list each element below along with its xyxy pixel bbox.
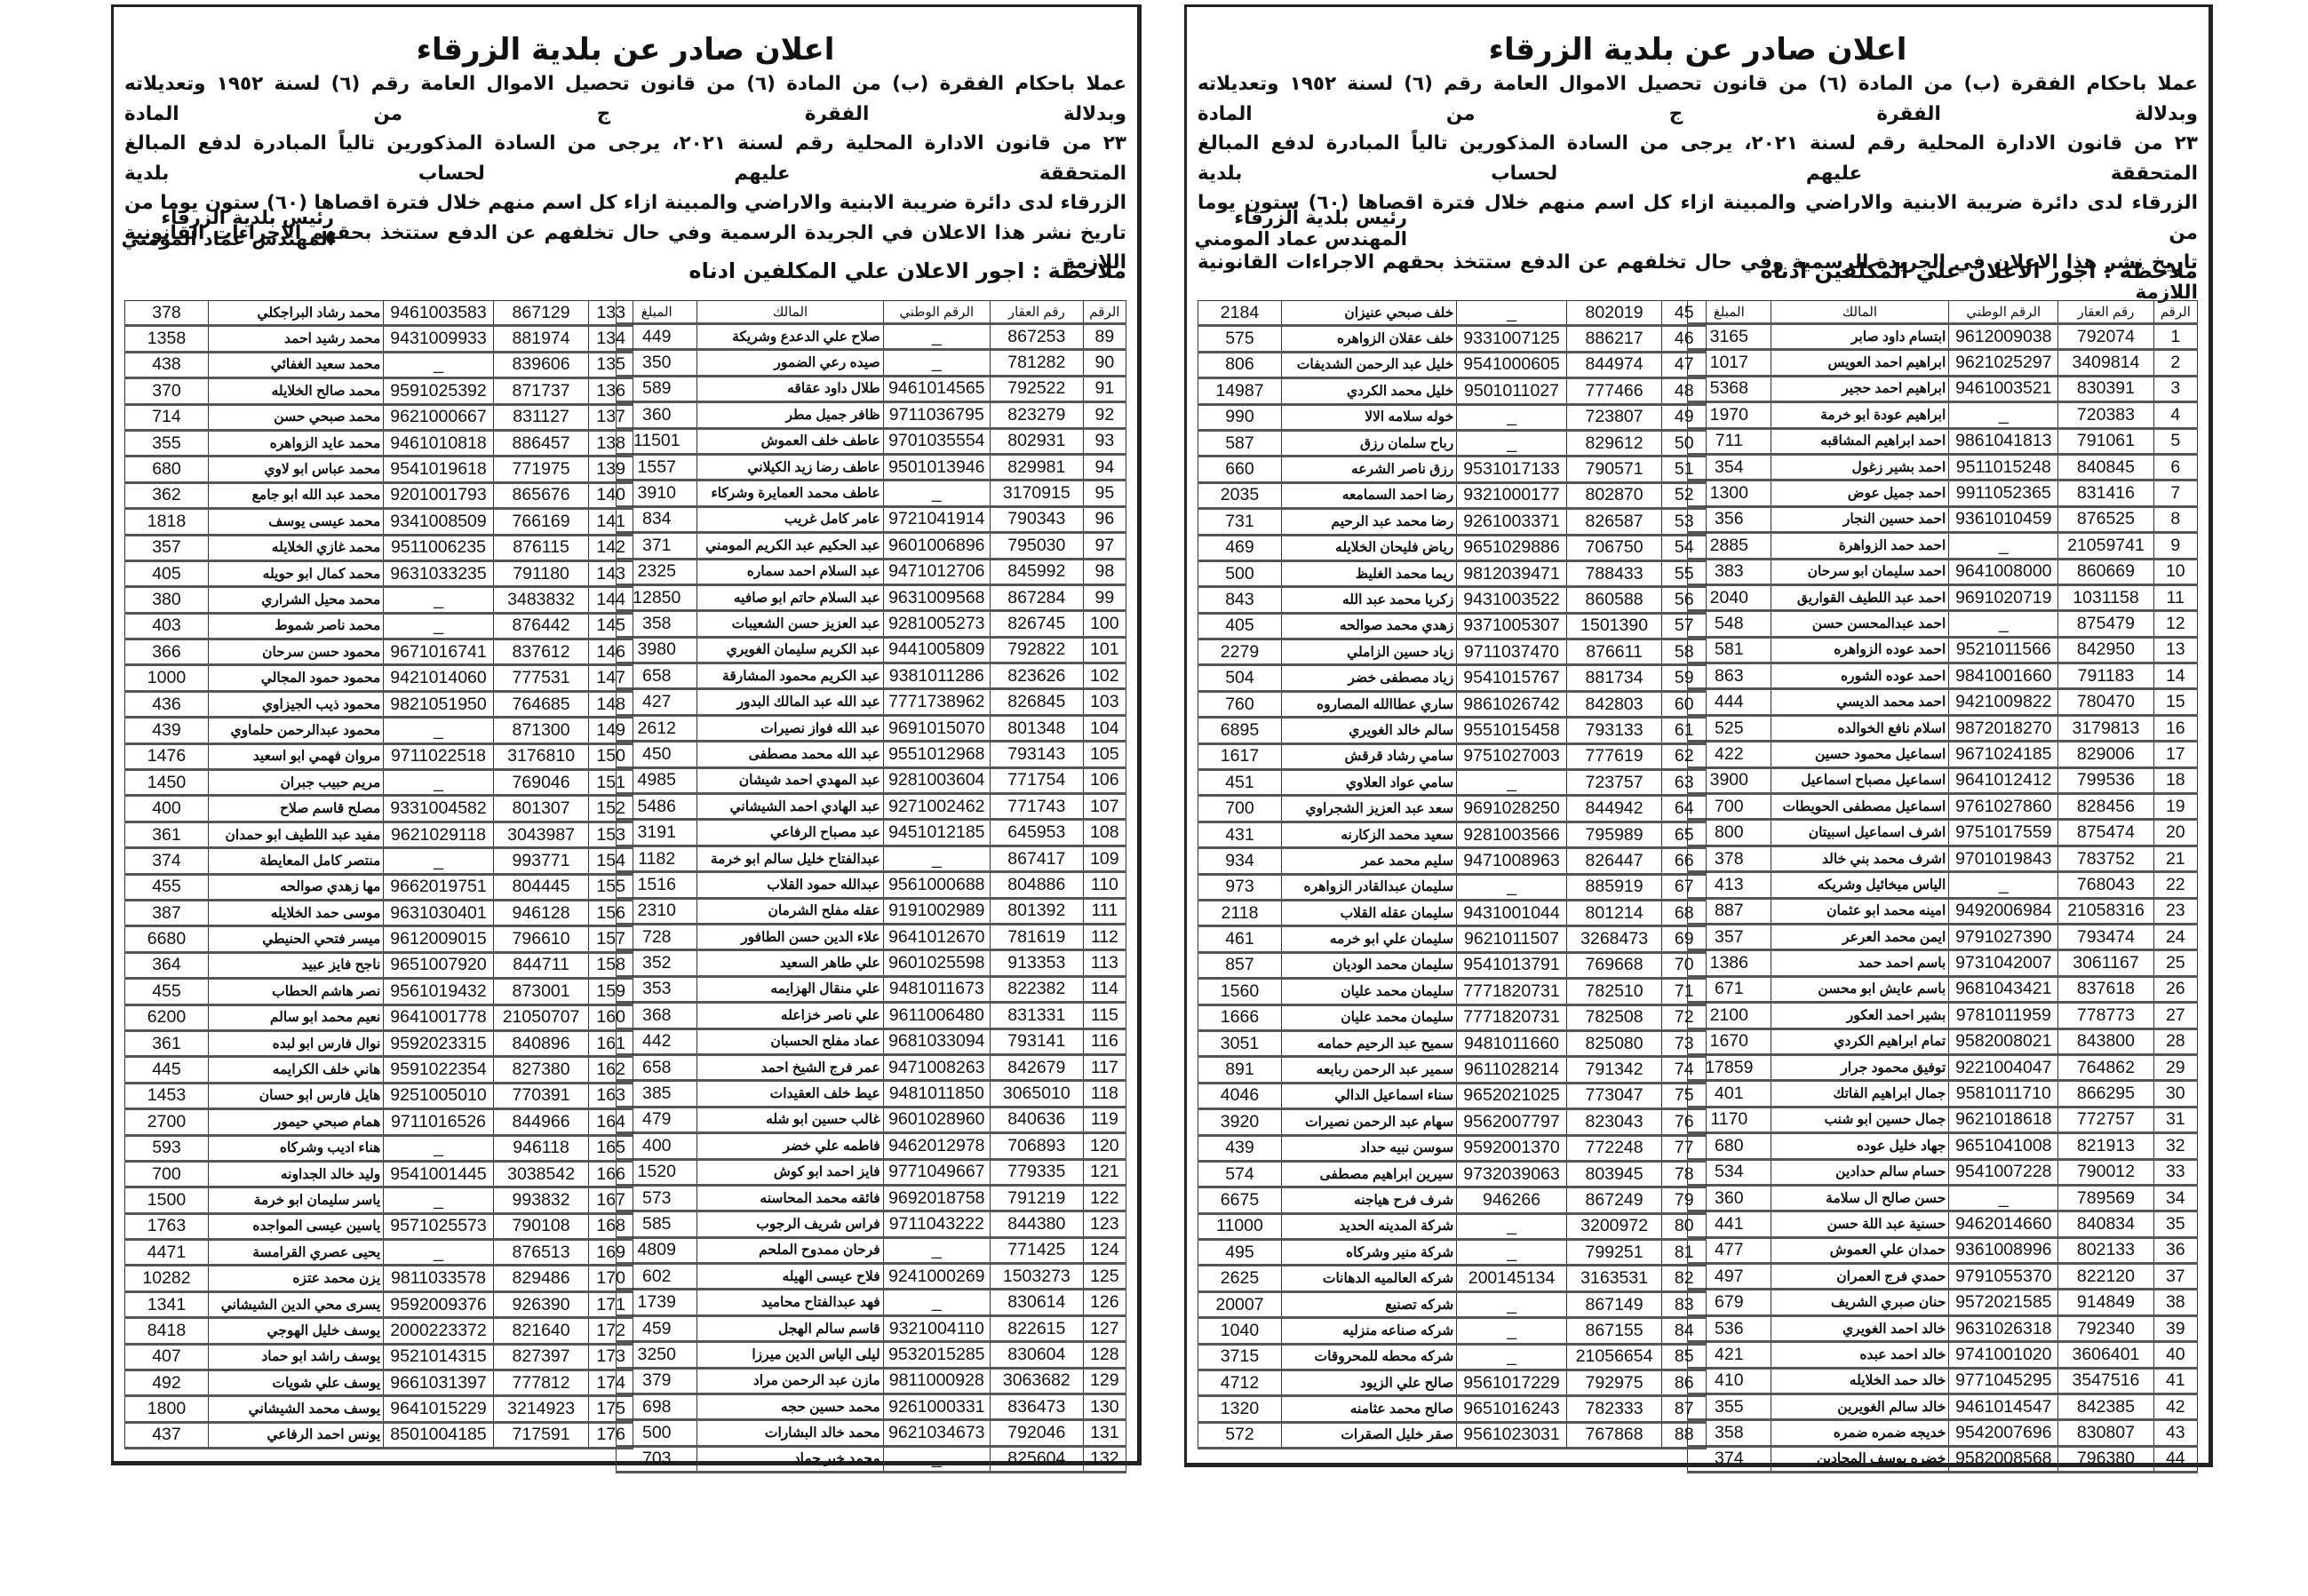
owner-name-cell: سامي رشاد قرقش xyxy=(1281,743,1456,769)
owner-name-cell: علاء الدين حسن الطافور xyxy=(697,924,883,949)
property-number-cell: 3063682 xyxy=(990,1368,1083,1394)
table-row: 1108048869561000688عبدالله حمود القلاب15… xyxy=(617,872,1126,898)
table-row: 1368717379591025392محمد صالح الخلايله370 xyxy=(125,378,633,404)
national-id-cell: 9251005010 xyxy=(384,1083,493,1108)
national-id-cell: 9561000688 xyxy=(883,872,990,898)
property-number-cell: 876611 xyxy=(1566,639,1662,665)
column-header-national-id: الرقم الوطني xyxy=(1949,301,2058,324)
table-row: 557884339812039471ريما محمد الغليظ500 xyxy=(1198,560,1707,586)
table-row: 6932684739621011507سليمان علي ابو خرمه46… xyxy=(1198,926,1707,952)
property-number-cell: 771754 xyxy=(990,767,1083,793)
national-id-cell: _ xyxy=(384,770,493,796)
row-number-cell: 152 xyxy=(589,796,633,822)
national-id-cell: _ xyxy=(1457,301,1566,326)
row-number-cell: 41 xyxy=(2153,1368,2197,1394)
row-number-cell: 85 xyxy=(1662,1344,1707,1370)
owner-name-cell: عاطف محمد العمايرة وشركاء xyxy=(697,480,883,506)
signature-title: رئيس بلدية الزرقاء xyxy=(1194,207,1407,228)
property-number-cell: 826745 xyxy=(990,611,1083,637)
national-id-cell: _ xyxy=(883,1237,990,1263)
row-number-cell: 106 xyxy=(1083,767,1126,793)
national-id-cell: _ xyxy=(384,352,493,377)
property-number-cell: 767868 xyxy=(1566,1422,1662,1448)
owner-name-cell: اشرف محمد بني خالد xyxy=(1771,846,1949,871)
table-header-row: الرقمرقم العقارالرقم الوطنيالمالكالمبلغ xyxy=(1688,301,2198,324)
property-number-cell: 792522 xyxy=(990,376,1083,401)
column-header-owner-name: المالك xyxy=(1771,301,1949,324)
property-number-cell: 793133 xyxy=(1566,718,1662,743)
row-number-cell: 28 xyxy=(2153,1028,2197,1054)
property-number-cell: 993832 xyxy=(493,1187,589,1213)
property-number-cell: 764862 xyxy=(2058,1054,2153,1080)
property-number-cell: 825604 xyxy=(990,1446,1083,1472)
owner-name-cell: قاسم سالم الهجل xyxy=(697,1315,883,1341)
national-id-cell: 9761027860 xyxy=(1949,794,2058,820)
national-id-cell: 9421009822 xyxy=(1949,689,2058,715)
table-row: 90781282_صيده رعي الضمور350 xyxy=(617,350,1126,376)
table-header-row: الرقمرقم العقارالرقم الوطنيالمالكالمبلغ xyxy=(617,301,1126,324)
table-row: 135839606_محمد سعيد الغفائي438 xyxy=(125,352,633,377)
row-number-cell: 116 xyxy=(1083,1028,1126,1054)
row-number-cell: 176 xyxy=(589,1422,633,1448)
owner-name-cell: سميح عبد الرحيم حمامه xyxy=(1281,1030,1456,1056)
table-row: 717825107771820731سليمان محمد عليان1560 xyxy=(1198,979,1707,1004)
owner-name-cell: عبد السلام احمد سماره xyxy=(697,559,883,584)
row-number-cell: 66 xyxy=(1662,848,1707,874)
table-row: 1558044459662019751مها زهدي صوالحه455 xyxy=(125,874,633,900)
table-row: 1227912199692018758فائقه محمد المحاسنه57… xyxy=(617,1185,1126,1211)
property-number-cell: 831416 xyxy=(2058,480,2153,506)
row-number-cell: 161 xyxy=(589,1030,633,1056)
table-row: 49723807_خوله سلامه الالا990 xyxy=(1198,404,1707,430)
row-number-cell: 89 xyxy=(1083,324,1126,350)
owner-name-cell: علي منقال الهزايمه xyxy=(697,976,883,1002)
row-number-cell: 6 xyxy=(2153,454,2197,480)
table-row: 378221209791055370حمدي فرج العمران497 xyxy=(1688,1264,2198,1290)
national-id-cell: 9611006480 xyxy=(883,1003,990,1028)
row-number-cell: 4 xyxy=(2153,402,2197,428)
property-number-cell: 844974 xyxy=(1566,352,1662,377)
table-row: 1428761159511006235محمد غازي الخلايله357 xyxy=(125,535,633,560)
property-number-cell: 706750 xyxy=(1566,535,1662,560)
row-number-cell: 139 xyxy=(589,457,633,482)
row-number-cell: 29 xyxy=(2153,1054,2197,1080)
owner-name-cell: احمد سليمان ابو سرحان xyxy=(1771,559,1949,584)
table-row: 1598730019561019432نصر هاشم الحطاب455 xyxy=(125,979,633,1004)
amount-cell: 10282 xyxy=(125,1266,209,1291)
row-number-cell: 67 xyxy=(1662,874,1707,900)
national-id-cell: 9531017133 xyxy=(1457,457,1566,482)
owner-name-cell: عاطف رضا زيد الكيلاني xyxy=(697,454,883,480)
column-header-property-number: رقم العقار xyxy=(990,301,1083,324)
property-number-cell: 860669 xyxy=(2058,559,2153,584)
table-row: 328219139651041008جهاد خليل عوده680 xyxy=(1688,1133,2198,1159)
table-row: 1618408969592023315نوال فارس ابو لبده361 xyxy=(125,1030,633,1056)
row-number-cell: 154 xyxy=(589,848,633,874)
property-number-cell: 796610 xyxy=(493,926,589,952)
property-number-cell: 782333 xyxy=(1566,1396,1662,1422)
owner-name-cell: عبد مصباح الرفاعي xyxy=(697,820,883,846)
national-id-cell: 9701035554 xyxy=(883,428,990,454)
property-number-cell: 792074 xyxy=(2058,324,2153,350)
owner-name-cell: صالح علي الزيود xyxy=(1281,1370,1456,1396)
national-id-cell: _ xyxy=(384,587,493,613)
property-number-cell: 871300 xyxy=(493,718,589,743)
row-number-cell: 17 xyxy=(2153,742,2197,767)
row-number-cell: 144 xyxy=(589,587,633,613)
national-id-cell: 9471008263 xyxy=(883,1054,990,1080)
national-id-cell: _ xyxy=(1457,1291,1566,1317)
property-number-cell: 21059741 xyxy=(2058,533,2153,559)
row-number-cell: 82 xyxy=(1662,1266,1707,1291)
national-id-cell: 9841001660 xyxy=(1949,663,2058,689)
row-number-cell: 39 xyxy=(2153,1315,2197,1341)
amount-cell: 355 xyxy=(125,430,209,456)
national-id-cell: _ xyxy=(883,350,990,376)
national-id-cell: 9711037470 xyxy=(1457,639,1566,665)
property-number-cell: 844942 xyxy=(1566,796,1662,822)
table-row: 627776199751027003سامي رشاد قرقش1617 xyxy=(1198,743,1707,769)
row-number-cell: 136 xyxy=(589,378,633,404)
table-row: 81799251_شركة منير وشركاه495 xyxy=(1198,1240,1707,1266)
property-number-cell: 839606 xyxy=(493,352,589,377)
note-text: ملاحظة : اجور الاعلان علي المكلفين ادناه xyxy=(1760,258,2198,283)
table-row: 1628273809591022354هاني خلف الكرايمه445 xyxy=(125,1057,633,1083)
property-number-cell: 823279 xyxy=(990,402,1083,428)
row-number-cell: 26 xyxy=(2153,976,2197,1002)
row-number-cell: 127 xyxy=(1083,1315,1126,1341)
property-number-cell: 1501390 xyxy=(1566,613,1662,639)
property-number-cell: 3163531 xyxy=(1566,1266,1662,1291)
row-number-cell: 73 xyxy=(1662,1030,1707,1056)
row-number-cell: 150 xyxy=(589,743,633,769)
owner-name-cell: حمدي فرج العمران xyxy=(1771,1264,1949,1290)
note-text: ملاحظة : اجور الاعلان علي المكلفين ادناه xyxy=(688,258,1126,283)
table-row: 1408656769201001793محمد عبد الله ابو جام… xyxy=(125,482,633,508)
owner-name-cell: محمد خالد البشارات xyxy=(697,1420,883,1446)
property-number-cell: 3409814 xyxy=(2058,350,2153,376)
owner-name-cell: احمد عوده الزواهره xyxy=(1771,637,1949,663)
national-id-cell: _ xyxy=(384,718,493,743)
property-number-cell: 792340 xyxy=(2058,1315,2153,1341)
property-number-cell: 790012 xyxy=(2058,1159,2153,1185)
owner-name-cell: عماد مفلح الحسبان xyxy=(697,1028,883,1054)
national-id-cell: _ xyxy=(1457,1213,1566,1239)
owner-name-cell: صيده رعي الضمور xyxy=(697,350,883,376)
property-number-cell: 3038542 xyxy=(493,1161,589,1187)
owner-name-cell: نعيم محمد ابو سالم xyxy=(208,1004,383,1030)
table-row: 1207068939462012978فاطمه علي خضر400 xyxy=(617,1133,1126,1159)
table-row: 11830650109481011850عيط خلف العقيدات385 xyxy=(617,1081,1126,1107)
table-row: 517905719531017133رزق ناصر الشرعه660 xyxy=(1198,457,1707,482)
body-line: عملا باحكام الفقرة (ب) من المادة (٦) من … xyxy=(1198,69,2198,129)
table-row: 109867417_عبدالفتاح خليل سالم ابو خرمة11… xyxy=(617,846,1126,871)
owner-name-cell: خوله سلامه الالا xyxy=(1281,404,1456,430)
property-number-cell: 886217 xyxy=(1566,326,1662,352)
national-id-cell: 9221004047 xyxy=(1949,1054,2058,1080)
property-number-cell: 3065010 xyxy=(990,1081,1083,1107)
row-number-cell: 135 xyxy=(589,352,633,377)
property-number-cell: 782508 xyxy=(1566,1004,1662,1030)
table-row: 2530611679731042007باسم احمد حمد1386 xyxy=(1688,950,2198,976)
table-row: 1437911809631033235محمد كمال ابو حويله40… xyxy=(125,560,633,586)
table-row: 38303919461003521ابراهيم احمد حجير5368 xyxy=(1688,376,2198,401)
property-number-cell: 790571 xyxy=(1566,457,1662,482)
property-number-cell: 769046 xyxy=(493,770,589,796)
national-id-cell: 7771738962 xyxy=(883,689,990,715)
table-row: 12515032739241000269فلاح عيسى الهيله602 xyxy=(617,1264,1126,1290)
national-id-cell: 9591025392 xyxy=(384,378,493,404)
table-row: 688012149431001044سليمان عقله القلاب2118 xyxy=(1198,900,1707,925)
row-number-cell: 21 xyxy=(2153,846,2197,871)
property-number-cell: 829981 xyxy=(990,454,1083,480)
amount-cell: 495 xyxy=(1198,1240,1282,1266)
owner-name-cell: عمر فرج الشيخ احمد xyxy=(697,1054,883,1080)
national-id-cell: 9811000928 xyxy=(883,1368,990,1394)
national-id-cell: 9592001370 xyxy=(1457,1135,1566,1161)
owner-name-cell: عاطف خلف العموش xyxy=(697,428,883,454)
owner-name-cell: خالد حمد الخلايله xyxy=(1771,1368,1949,1394)
amount-cell: 378 xyxy=(125,301,209,326)
row-number-cell: 44 xyxy=(2153,1446,2197,1472)
row-number-cell: 84 xyxy=(1662,1318,1707,1344)
row-number-cell: 57 xyxy=(1662,613,1707,639)
owner-name-cell: شرف فرح هياجنه xyxy=(1281,1187,1456,1213)
owner-name-cell: محمد ناصر شموط xyxy=(208,613,383,639)
table-row: 23210583169492006984امينه محمد ابو عثمان… xyxy=(1688,898,2198,924)
national-id-cell: 9481011850 xyxy=(883,1081,990,1107)
table-row: 1388864579461010818محمد عايد الزواهره355 xyxy=(125,430,633,456)
property-number-cell: 3547516 xyxy=(2058,1368,2153,1394)
national-id-cell: _ xyxy=(384,1135,493,1161)
row-number-cell: 98 xyxy=(1083,559,1126,584)
row-number-cell: 95 xyxy=(1083,480,1126,506)
owner-name-cell: سعيد محمد الزكارنه xyxy=(1281,822,1456,847)
table-row: 22768043_الياس ميخائيل وشريكه413 xyxy=(1688,872,2198,898)
table-row: 1747778129661031397يوسف علي شويات492 xyxy=(125,1370,633,1396)
property-number-cell: 781282 xyxy=(990,350,1083,376)
property-number-cell: 792975 xyxy=(1566,1370,1662,1396)
property-number-cell: 783752 xyxy=(2058,846,2153,871)
amount-cell: 2035 xyxy=(1198,482,1282,508)
table-row: 528028709321000177رضا احمد السمامعه2035 xyxy=(1198,482,1707,508)
owner-name-cell: عبدالفتاح خليل سالم ابو خرمة xyxy=(697,846,883,871)
property-number-cell: 723807 xyxy=(1566,404,1662,430)
national-id-cell: 9911052365 xyxy=(1949,480,2058,506)
property-number-cell: 826587 xyxy=(1566,509,1662,535)
property-number-cell: 801392 xyxy=(990,898,1083,924)
national-id-cell: 9581011710 xyxy=(1949,1081,2058,1107)
owner-name-cell: محمد محيل الشراري xyxy=(208,587,383,613)
national-id-cell: 9321000177 xyxy=(1457,482,1566,508)
table-row: 1708294869811033578يزن محمد عتزه10282 xyxy=(125,1266,633,1291)
table-row: 1086459539451012185عبد مصباح الرفاعي3191 xyxy=(617,820,1126,846)
national-id-cell: 9731042007 xyxy=(1949,950,2058,976)
table-row: 1178426799471008263عمر فرج الشيخ احمد658 xyxy=(617,1054,1126,1080)
row-number-cell: 47 xyxy=(1662,352,1707,377)
national-id-cell: 9542007696 xyxy=(1949,1420,2058,1446)
row-number-cell: 20 xyxy=(2153,820,2197,846)
owner-name-cell: صقر خليل الصقرات xyxy=(1281,1422,1456,1448)
national-id-cell: 9572021585 xyxy=(1949,1290,2058,1315)
table-row: 1477775319421014060محمود حمود المجالي100… xyxy=(125,665,633,691)
table-row: 389148499572021585حنان صبري الشريف679 xyxy=(1688,1290,2198,1315)
property-number-cell: 830604 xyxy=(990,1342,1083,1368)
owner-name-cell: حنان صبري الشريف xyxy=(1771,1290,1949,1315)
property-number-cell: 886457 xyxy=(493,430,589,456)
property-number-cell: 830391 xyxy=(2058,376,2153,401)
property-number-cell: 766169 xyxy=(493,509,589,535)
owner-name-cell: سليمان علي ابو خرمه xyxy=(1281,926,1456,952)
owner-name-cell: زهدي محمد صوالحه xyxy=(1281,613,1456,639)
table-row: 547067509651029886رياض فليحان الخلايله46… xyxy=(1198,535,1707,560)
national-id-cell: 9781011959 xyxy=(1949,1003,2058,1028)
national-id-cell: 9812039471 xyxy=(1457,560,1566,586)
row-number-cell: 158 xyxy=(589,952,633,978)
table-row: 17920749612009038ابتسام داود صابر3165 xyxy=(1688,324,2198,350)
table-row: 88765259361010459احمد حسين النجار356 xyxy=(1688,506,2198,532)
property-number-cell: 821913 xyxy=(2058,1133,2153,1159)
owner-name-cell: يوسف راشد ابو حماد xyxy=(208,1344,383,1370)
national-id-cell: 9521014315 xyxy=(384,1344,493,1370)
row-number-cell: 174 xyxy=(589,1370,633,1396)
amount-cell: 492 xyxy=(125,1370,209,1396)
national-id-cell: _ xyxy=(883,1290,990,1315)
national-id-cell: 9612009038 xyxy=(1949,324,2058,350)
row-number-cell: 133 xyxy=(589,301,633,326)
table-row: 668264479471008963سليم محمد عمر934 xyxy=(1198,848,1707,874)
owner-name-cell: امينه محمد ابو عثمان xyxy=(1771,898,1949,924)
national-id-cell: 9671016741 xyxy=(384,639,493,665)
amount-cell: 6895 xyxy=(1198,718,1282,743)
national-id-cell: 9261000331 xyxy=(883,1394,990,1420)
property-number-cell: 827380 xyxy=(493,1057,589,1083)
property-number-cell: 881734 xyxy=(1566,665,1662,691)
property-number-cell: 860588 xyxy=(1566,587,1662,613)
table-row: 5715013909371005307زهدي محمد صوالحه405 xyxy=(1198,613,1707,639)
national-id-cell: 9532015285 xyxy=(883,1342,990,1368)
row-number-cell: 126 xyxy=(1083,1290,1126,1315)
table-row: 1317920469621034673محمد خالد البشارات500 xyxy=(617,1420,1126,1446)
national-id-cell: 9711043222 xyxy=(883,1211,990,1237)
national-id-cell: 9791027390 xyxy=(1949,924,2058,949)
row-number-cell: 108 xyxy=(1083,820,1126,846)
owner-name-cell: سليم محمد عمر xyxy=(1281,848,1456,874)
table-row: 208754749751017559اشرف اسماعيل اسبيتان80… xyxy=(1688,820,2198,846)
row-number-cell: 123 xyxy=(1083,1211,1126,1237)
property-number-cell: 791180 xyxy=(493,560,589,586)
table-row: 1338671299461003583محمد رشاد البراجكلي37… xyxy=(125,301,633,326)
table-row: 1038268457771738962عبد الله عبد المالك ا… xyxy=(617,689,1126,715)
row-number-cell: 114 xyxy=(1083,976,1126,1002)
national-id-cell: 9701019843 xyxy=(1949,846,2058,871)
owner-name-cell: احمد عبدالمحسن حسن xyxy=(1771,611,1949,637)
table-row: 478449749541000605خليل عبد الرحمن الشديف… xyxy=(1198,352,1707,377)
owner-name-cell: علي ناصر خزاعله xyxy=(697,1003,883,1028)
property-number-cell: 914849 xyxy=(2058,1290,2153,1315)
amount-cell: 660 xyxy=(1198,457,1282,482)
table-row: 1728216402000223372يوسف خليل الهوجي8418 xyxy=(125,1318,633,1344)
property-number-cell: 831331 xyxy=(990,1003,1083,1028)
national-id-cell: _ xyxy=(1949,611,2058,637)
owner-name-cell: سهام عبد الرحمن نصيرات xyxy=(1281,1109,1456,1135)
table-row: 707696689541013791سليمان محمد الوديان857 xyxy=(1198,952,1707,978)
row-number-cell: 5 xyxy=(2153,428,2197,454)
owner-name-cell: محمود حمود المجالي xyxy=(208,665,383,691)
national-id-cell: 9361010459 xyxy=(1949,506,2058,532)
owner-name-cell: عبد المهدي احمد شيشان xyxy=(697,767,883,793)
row-number-cell: 119 xyxy=(1083,1107,1126,1132)
row-number-cell: 23 xyxy=(2153,898,2197,924)
table-row: 967903439721041914عامر كامل غريب834 xyxy=(617,506,1126,532)
column-header-row-number: الرقم xyxy=(1083,301,1126,324)
owner-name-cell: محمد كمال ابو حويله xyxy=(208,560,383,586)
body-line: ٢٣ من قانون الادارة المحلية رقم لسنة ٢٠٢… xyxy=(124,129,1126,188)
national-id-cell: _ xyxy=(384,613,493,639)
national-id-cell: 9451012185 xyxy=(883,820,990,846)
table-row: 78314169911052365احمد جميل عوض1300 xyxy=(1688,480,2198,506)
national-id-cell: 9431001044 xyxy=(1457,900,1566,925)
table-row: 953170915_عاطف محمد العمايرة وشركاء3910 xyxy=(617,480,1126,506)
table-row: 57910619861041813احمد ابراهيم المشاقبه71… xyxy=(1688,428,2198,454)
national-id-cell: 9861026742 xyxy=(1457,691,1566,717)
owner-name-cell: ابتسام داود صابر xyxy=(1771,324,1949,350)
row-number-cell: 36 xyxy=(2153,1237,2197,1263)
owner-name-cell: سليمان محمد عليان xyxy=(1281,1004,1456,1030)
owner-name-cell: خضره يوسف المحادين xyxy=(1771,1446,1949,1472)
table-row: 938029319701035554عاطف خلف العموش11501 xyxy=(617,428,1126,454)
owner-name-cell: محمد غازي الخلايله xyxy=(208,535,383,560)
table-row: 788039459732039063سيرين ابراهيم مصطفى574 xyxy=(1198,1161,1707,1187)
body-line: ٢٣ من قانون الادارة المحلية رقم لسنة ٢٠٢… xyxy=(1198,129,2198,188)
amount-cell: 451 xyxy=(1198,770,1282,796)
row-number-cell: 79 xyxy=(1662,1187,1707,1213)
row-number-cell: 86 xyxy=(1662,1370,1707,1396)
row-number-cell: 43 xyxy=(2153,1420,2197,1446)
row-number-cell: 117 xyxy=(1083,1054,1126,1080)
property-number-cell: 843800 xyxy=(2058,1028,2153,1054)
owner-name-cell: زكريا محمد عبد الله xyxy=(1281,587,1456,613)
property-number-cell: 840636 xyxy=(990,1107,1083,1132)
row-number-cell: 19 xyxy=(2153,794,2197,820)
row-number-cell: 96 xyxy=(1083,506,1126,532)
property-number-cell: 793143 xyxy=(990,742,1083,767)
owner-name-cell: فرحان ممدوح الملحم xyxy=(697,1237,883,1263)
table-row: 149871300_محمود عبدالرحمن حلماوي439 xyxy=(125,718,633,743)
national-id-cell: 9331007125 xyxy=(1457,326,1566,352)
national-id-cell: 9631009568 xyxy=(883,584,990,610)
row-number-cell: 81 xyxy=(1662,1240,1707,1266)
table-row: 187995369641012412اسماعيل مصباح اسماعيل3… xyxy=(1688,767,2198,793)
national-id-cell: 9741001020 xyxy=(1949,1342,2058,1368)
amount-cell: 700 xyxy=(1198,796,1282,822)
table-row: 777722489592001370سوسن نبيه حداد439 xyxy=(1198,1135,1707,1161)
property-number-cell: 866295 xyxy=(2058,1081,2153,1107)
owner-name-cell: محمود عبدالرحمن حلماوي xyxy=(208,718,383,743)
owner-name-cell: ياسين عيسى المواجده xyxy=(208,1213,383,1239)
property-number-cell: 791219 xyxy=(990,1185,1083,1211)
national-id-cell: 9541015767 xyxy=(1457,665,1566,691)
table-row: 1057931439551012968عبد الله محمد مصطفى45… xyxy=(617,742,1126,767)
tables-area: الرقمرقم العقارالرقم الوطنيالمالكالمبلغ1… xyxy=(1198,300,2198,1451)
row-number-cell: 167 xyxy=(589,1187,633,1213)
table-row: 167993832_ياسر سليمان ابو خرمة1500 xyxy=(125,1187,633,1213)
owner-name-cell: سمير عبد الرحمن ربابعه xyxy=(1281,1057,1456,1083)
amount-cell: 1450 xyxy=(125,770,209,796)
owners-table-right: الرقمرقم العقارالرقم الوطنيالمالكالمبلغ1… xyxy=(1687,300,2198,1473)
owner-name-cell: رضا احمد السمامعه xyxy=(1281,482,1456,508)
national-id-cell: 9341008509 xyxy=(384,509,493,535)
